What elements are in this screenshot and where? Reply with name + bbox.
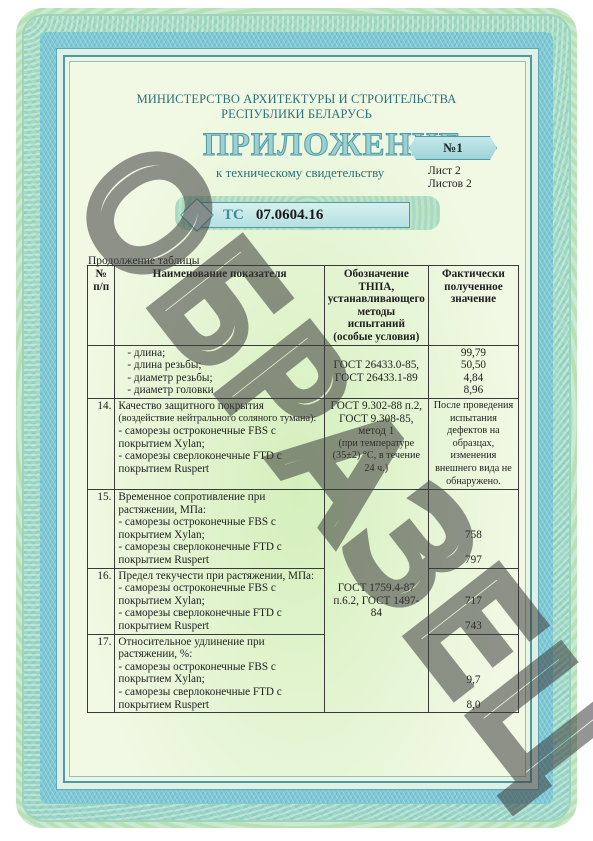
row-name: Относительное удлинение при растяжении, … xyxy=(115,634,324,713)
row-name: Временное сопротивление при растяжении, … xyxy=(115,490,324,569)
table-row: 17. Относительное удлинение при растяжен… xyxy=(88,634,519,713)
row-values: 758 797 xyxy=(428,490,518,569)
test-results-table: № п/п Наименование показателя Обозначени… xyxy=(87,265,519,713)
ministry-line-2: РЕСПУБЛИКИ БЕЛАРУСЬ xyxy=(0,107,593,122)
table-row: 14. Качество защитного покрытия (воздейс… xyxy=(88,398,519,489)
row-value: После проведения испытания дефектов на о… xyxy=(428,398,518,489)
header-name: Наименование показателя xyxy=(115,266,324,346)
document-subtitle: к техническому свидетельству xyxy=(216,165,384,181)
row-name: Предел текучести при растяжении, МПа: - … xyxy=(115,568,324,634)
sheet-info: Лист 2 Листов 2 xyxy=(428,165,472,191)
tc-number-plate: ТС 07.0604.16 xyxy=(198,202,410,228)
row-values: 99,79 50,50 4,84 8,96 xyxy=(428,345,518,398)
table-row: - длина; - длина резьбы; - диаметр резьб… xyxy=(88,345,519,398)
table-row: 15. Временное сопротивление при растяжен… xyxy=(88,490,519,569)
row-name: - длина; - длина резьбы; - диаметр резьб… xyxy=(115,345,324,398)
header-num: № п/п xyxy=(88,266,115,346)
row-values: 717 743 xyxy=(428,568,518,634)
row-values: 9,7 8,0 xyxy=(428,634,518,713)
sheets-total: Листов 2 xyxy=(428,178,472,191)
sheet-number: Лист 2 xyxy=(428,165,472,178)
ministry-line-1: МИНИСТЕРСТВО АРХИТЕКТУРЫ И СТРОИТЕЛЬСТВА xyxy=(0,92,593,107)
row-name: Качество защитного покрытия (воздействие… xyxy=(115,398,324,489)
header-value: Фактически полученное значение xyxy=(428,266,518,346)
table-row: 16. Предел текучести при растяжении, МПа… xyxy=(88,568,519,634)
row-gost: ГОСТ 26433.0-85, ГОСТ 26433.1-89 xyxy=(324,345,428,398)
table-header-row: № п/п Наименование показателя Обозначени… xyxy=(88,266,519,346)
shared-gost: ГОСТ 1759.4-87 п.6.2, ГОСТ 1497-84 xyxy=(324,490,428,713)
tc-label: ТС xyxy=(223,207,244,224)
row-gost: ГОСТ 9.302-88 п.2, ГОСТ 9.308-85, метод … xyxy=(324,398,428,489)
appendix-number-badge: №1 xyxy=(409,136,497,160)
tc-number: 07.0604.16 xyxy=(256,207,324,224)
ministry-heading: МИНИСТЕРСТВО АРХИТЕКТУРЫ И СТРОИТЕЛЬСТВА… xyxy=(0,92,593,122)
header-gost: Обозначение ТНПА, устанавливающего метод… xyxy=(324,266,428,346)
